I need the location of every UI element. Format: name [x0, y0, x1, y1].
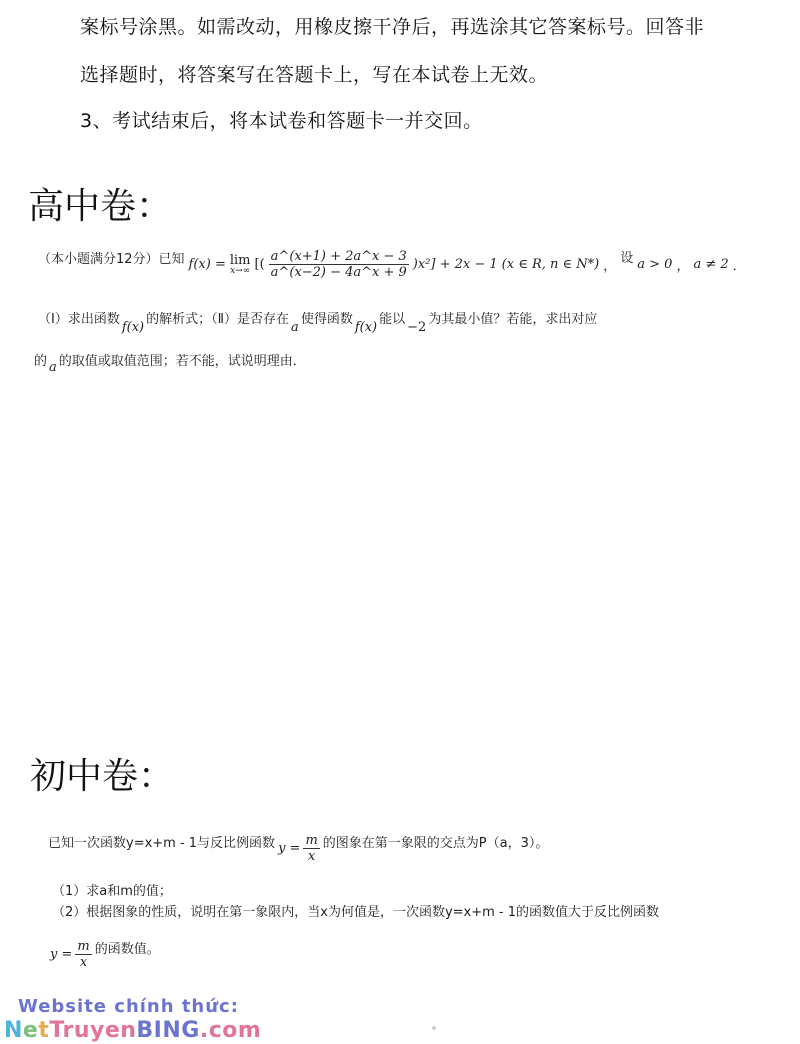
- part-one-text: （Ⅰ）求出函数: [38, 308, 120, 327]
- watermark-brand[interactable]: NetTruyenBING.com: [4, 1018, 261, 1043]
- statement-text: 已知一次函数y=x+m - 1与反比例函数: [48, 832, 275, 851]
- fx-symbol: f(x): [355, 320, 377, 335]
- fx-symbol: f(x): [122, 320, 144, 335]
- limit-operator: lim x→∞: [230, 254, 251, 276]
- continuation-text: 的函数值。: [95, 938, 160, 957]
- brand-letter-e: e: [23, 1018, 38, 1043]
- after-fraction: )x²] + 2x − 1: [413, 257, 498, 272]
- high-school-problem-line-2: （Ⅰ）求出函数 f(x) 的解析式；（Ⅱ）是否存在 a 使得函数 f(x) 能以…: [38, 308, 597, 335]
- line3-text-b: 的取值或取值范围；若不能，试说明理由．: [59, 350, 306, 369]
- lim-subscript: x→∞: [230, 267, 251, 276]
- let-word: 设: [620, 247, 633, 266]
- middle-school-heading: 初中卷：: [30, 748, 174, 799]
- fraction-numerator: m: [303, 834, 319, 849]
- m-over-x-fraction: m x: [75, 940, 91, 969]
- brand-domain: .com: [200, 1018, 261, 1043]
- part-two-text: 使得函数: [301, 308, 353, 327]
- condition-a-positive: a > 0: [637, 257, 672, 272]
- fraction-denominator: x: [75, 955, 91, 969]
- instruction-line-1: 案标号涂黑。如需改动，用橡皮擦干净后，再选涂其它答案标号。回答非: [80, 12, 704, 39]
- minus-two: −2: [407, 320, 426, 335]
- high-school-heading: 高中卷：: [28, 178, 172, 229]
- instruction-line-2: 选择题时，将答案写在答题卡上，写在本试卷上无效。: [80, 60, 548, 87]
- limit-fraction: a^(x+1) + 2a^x − 3 a^(x−2) − 4a^x + 9: [269, 250, 409, 279]
- comma: ，: [603, 255, 616, 274]
- fraction-denominator: x: [303, 849, 319, 863]
- high-school-problem-line-3: 的 a 的取值或取值范围；若不能，试说明理由．: [34, 350, 306, 375]
- condition-a-not-two: a ≠ 2: [693, 257, 728, 272]
- high-school-problem-line-1: （本小题满分12分）已知 f(x) = lim x→∞ [( a^(x+1) +…: [38, 250, 746, 279]
- y-equals: y =: [278, 841, 300, 856]
- period: ．: [733, 255, 746, 274]
- function-lhs: f(x) =: [189, 257, 226, 272]
- a-symbol: a: [49, 360, 57, 375]
- part-two-text-c: 为其最小值？若能，求出对应: [428, 308, 597, 327]
- brand-word-bing: BING: [136, 1018, 199, 1043]
- instruction-line-3: 3、考试结束后，将本试卷和答题卡一并交回。: [80, 106, 483, 133]
- open-bracket: [(: [255, 257, 265, 272]
- statement-text-b: 的图象在第一象限的交点为P（a，3）。: [323, 832, 549, 851]
- brand-letter-n: N: [4, 1018, 23, 1043]
- comma: ，: [676, 255, 689, 274]
- part-one-text-b: 的解析式；（Ⅱ）是否存在: [146, 308, 289, 327]
- brand-letter-t: t: [38, 1018, 49, 1043]
- line3-text: 的: [34, 350, 47, 369]
- brand-word-truyen: Truyen: [49, 1018, 136, 1043]
- watermark-label: Website chính thức:: [18, 996, 239, 1017]
- part-two-text-b: 能以: [379, 308, 405, 327]
- fraction-numerator: m: [75, 940, 91, 955]
- question-2-continuation: y = m x 的函数值。: [50, 940, 160, 969]
- m-over-x-fraction: m x: [303, 834, 319, 863]
- y-equals: y =: [50, 947, 72, 962]
- a-symbol: a: [291, 320, 299, 335]
- domain-condition: (x ∈ R, n ∈ N*): [502, 257, 600, 272]
- decorative-dot: [432, 1026, 436, 1030]
- problem-intro: （本小题满分12分）已知: [38, 248, 185, 267]
- fraction-numerator: a^(x+1) + 2a^x − 3: [269, 250, 409, 265]
- fraction-denominator: a^(x−2) − 4a^x + 9: [269, 265, 409, 279]
- question-2: （2）根据图象的性质，说明在第一象限内，当x为何值是，一次函数y=x+m - 1…: [52, 901, 659, 920]
- middle-school-statement: 已知一次函数y=x+m - 1与反比例函数 y = m x 的图象在第一象限的交…: [48, 834, 548, 863]
- question-1: （1）求a和m的值；: [52, 880, 172, 899]
